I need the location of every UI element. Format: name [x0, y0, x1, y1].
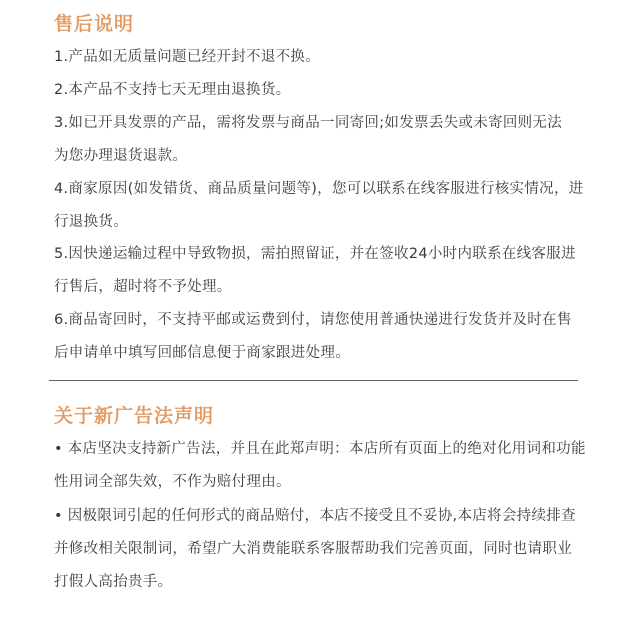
section-divider: [49, 380, 578, 381]
ad-law-line: • 本店坚决支持新广告法，并且在此郑声明：本店所有页面上的绝对化用词和功能: [54, 439, 586, 459]
ad-law-line: 并修改相关限制词，希望广大消费能联系客服帮助我们完善页面，同时也请职业: [54, 539, 572, 559]
after-sales-line: 1.产品如无质量问题已经开封不退不换。: [54, 47, 320, 67]
ad-law-title: 关于新广告法声明: [54, 404, 214, 428]
after-sales-line: 行售后，超时将不予处理。: [54, 277, 232, 297]
ad-law-line: 性用词全部失效，不作为赔付理由。: [54, 472, 291, 492]
ad-law-line: 打假人高抬贵手。: [54, 572, 172, 592]
after-sales-line: 行退换货。: [54, 212, 128, 232]
after-sales-line: 6.商品寄回时，不支持平邮或运费到付，请您使用普通快递进行发货并及时在售: [54, 310, 572, 330]
after-sales-line: 2.本产品不支持七天无理由退换货。: [54, 80, 290, 100]
ad-law-line: • 因极限词引起的任何形式的商品赔付，本店不接受且不妥协,本店将会持续排查: [54, 506, 576, 526]
after-sales-line: 后申请单中填写回邮信息便于商家跟进处理。: [54, 343, 350, 363]
after-sales-line: 为您办理退货退款。: [54, 146, 187, 166]
after-sales-notice-page: 售后说明 1.产品如无质量问题已经开封不退不换。 2.本产品不支持七天无理由退换…: [0, 0, 632, 633]
after-sales-title: 售后说明: [54, 12, 134, 36]
after-sales-line: 5.因快递运输过程中导致物损，需拍照留证，并在签收24小时内联系在线客服进: [54, 244, 576, 264]
after-sales-line: 3.如已开具发票的产品，需将发票与商品一同寄回;如发票丢失或未寄回则无法: [54, 113, 562, 133]
after-sales-line: 4.商家原因(如发错货、商品质量问题等)，您可以联系在线客服进行核实情况，进: [54, 179, 584, 199]
